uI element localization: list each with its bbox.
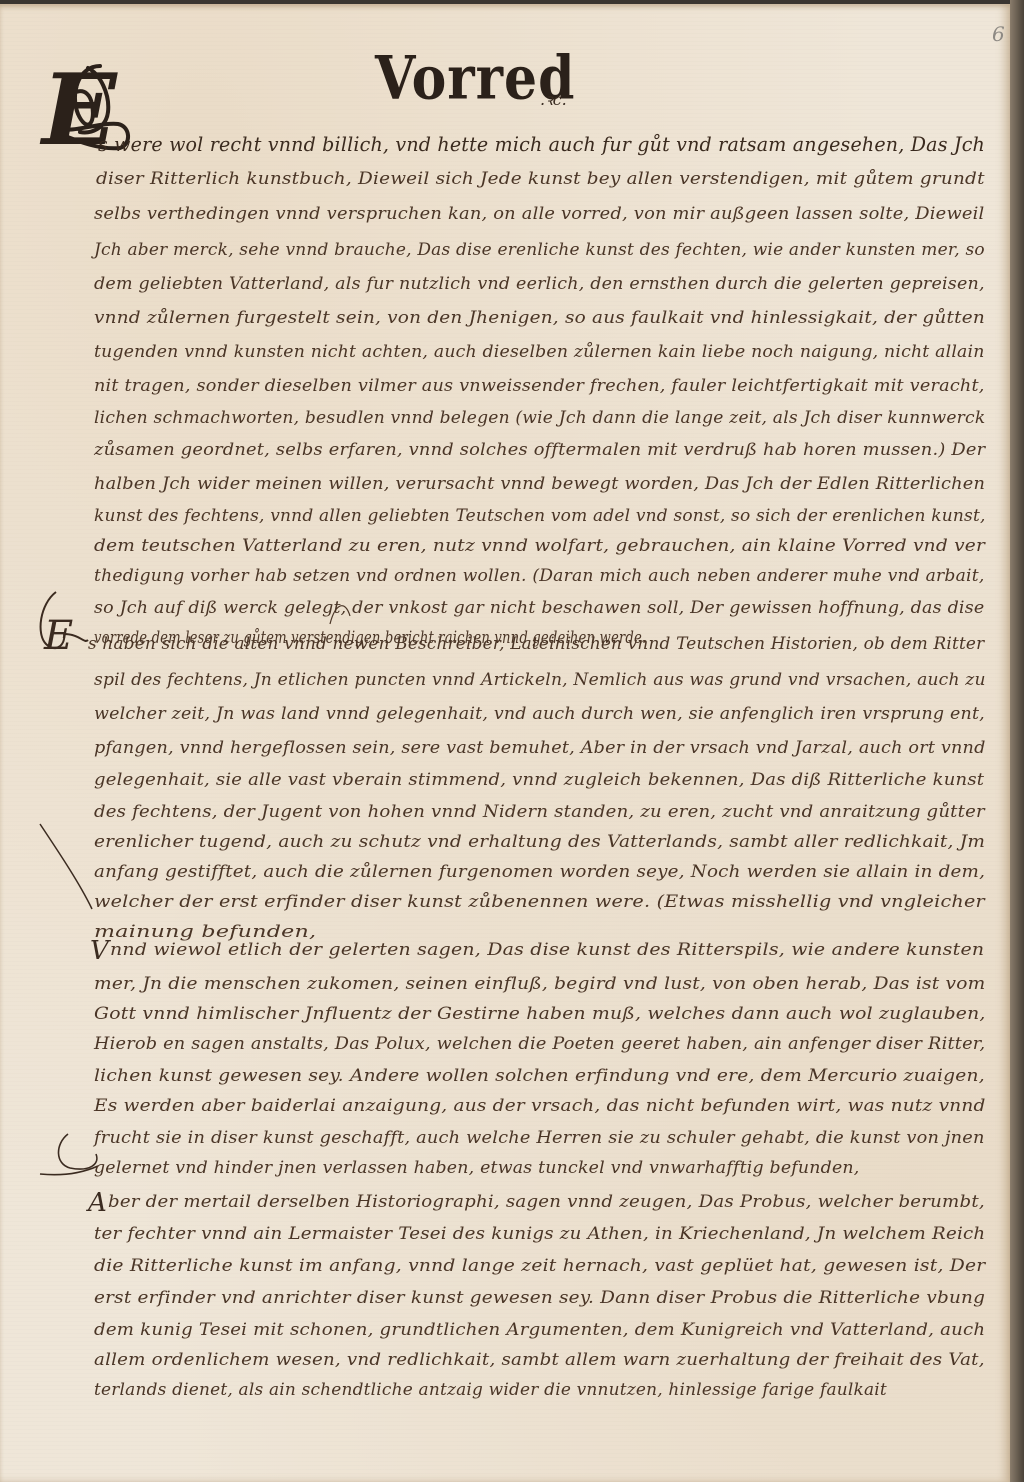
text-line: dem teutschen Vatterland zu eren, nutz v…: [94, 536, 985, 556]
text-line: nit tragen, sonder dieselben vilmer aus …: [94, 376, 985, 396]
text-line: terlands dienet, als ain schendtliche an…: [94, 1380, 887, 1400]
text-line: gelernet vnd hinder jnen verlassen haben…: [94, 1158, 860, 1178]
text-line: mainung befunden,: [94, 922, 316, 942]
text-line: dem geliebten Vatterland, als fur nutzli…: [94, 274, 985, 294]
paragraph-initial: V: [90, 938, 109, 964]
paragraph-initial: E: [44, 616, 73, 656]
text-line: lichen kunst gewesen sey. Andere wollen …: [94, 1066, 985, 1086]
text-line: thedigung vorher hab setzen vnd ordnen w…: [94, 566, 984, 586]
text-line: mer, Jn die menschen zukomen, seinen ein…: [94, 974, 985, 994]
manuscript-page: 6 Vorred .ꝛc. E s were wol recht vnnd bi…: [0, 4, 1010, 1482]
text-line: spil des fechtens, Jn etlichen puncten v…: [94, 670, 986, 690]
text-line: anfang gestifftet, auch die zůlernen fur…: [94, 862, 985, 882]
text-line: allem ordenlichem wesen, vnd redlichkait…: [94, 1350, 985, 1370]
text-line: Hierob en sagen anstalts, Das Polux, wel…: [94, 1034, 985, 1054]
text-line: gelegenhait, sie alle vast vberain stimm…: [94, 770, 984, 790]
text-line: ber der mertail derselben Historiographi…: [108, 1192, 985, 1212]
text-line: s haben sich die alten vnnd newen Beschr…: [88, 634, 984, 654]
text-line: diser Ritterlich kunstbuch, Dieweil sich…: [96, 169, 985, 189]
text-line: Jch aber merck, sehe vnnd brauche, Das d…: [94, 240, 985, 260]
text-line: selbs verthedingen vnnd verspruchen kan,…: [94, 204, 984, 224]
text-line: welcher zeit, Jn was land vnnd gelegenha…: [94, 704, 985, 724]
text-line: vnnd zůlernen furgestelt sein, von den J…: [94, 308, 985, 328]
text-line: ter fechter vnnd ain Lermaister Tesei de…: [94, 1224, 985, 1244]
text-line: nnd wiewol etlich der gelerten sagen, Da…: [110, 940, 984, 960]
text-line: die Ritterliche kunst im anfang, vnnd la…: [94, 1256, 985, 1276]
text-line: pfangen, vnnd hergeflossen sein, sere va…: [94, 738, 986, 758]
text-line: erenlicher tugend, auch zu schutz vnd er…: [94, 832, 985, 852]
text-line: halben Jch wider meinen willen, verursac…: [94, 474, 985, 494]
text-line: Es werden aber baiderlai anzaigung, aus …: [94, 1096, 986, 1116]
text-line: tugenden vnnd kunsten nicht achten, auch…: [94, 342, 985, 362]
text-line: erst erfinder vnd anrichter diser kunst …: [94, 1288, 985, 1308]
text-line: Gott vnnd himlischer Jnfluentz der Gesti…: [94, 1004, 986, 1024]
text-line: welcher der erst erfinder diser kunst zů…: [94, 892, 985, 912]
text-line: dem kunig Tesei mit schonen, grundtliche…: [94, 1320, 985, 1340]
text-line: kunst des fechtens, vnnd allen geliebten…: [94, 506, 986, 526]
paragraph-initial: A: [88, 1190, 107, 1216]
text-line: so Jch auf diß werck gelegt, der vnkost …: [94, 598, 984, 618]
text-line: zůsamen geordnet, selbs erfaren, vnnd so…: [94, 440, 985, 460]
text-line: des fechtens, der Jugent von hohen vnnd …: [94, 802, 985, 822]
text-line: s were wol recht vnnd billich, vnd hette…: [98, 132, 985, 156]
page-edge-shadow: [1010, 0, 1024, 1482]
text-line: lichen schmachworten, besudlen vnnd bele…: [94, 408, 985, 428]
text-line: frucht sie in diser kunst geschafft, auc…: [94, 1128, 985, 1148]
